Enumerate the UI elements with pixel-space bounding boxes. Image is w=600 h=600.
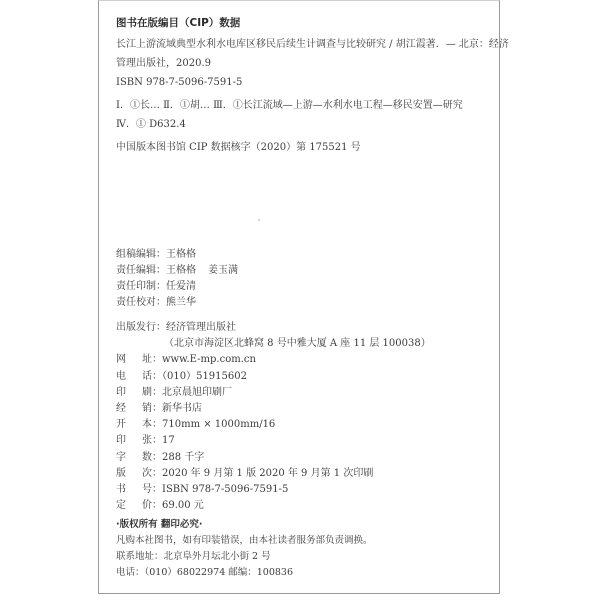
info-value: 价：69.00 元 — [142, 498, 204, 514]
editor-row: 组稿编辑：王格格 — [116, 247, 238, 263]
info-value: 刷：北京晨旭印刷厂 — [142, 385, 232, 401]
info-label-char: 电 — [116, 369, 142, 385]
info-value: 数：288 千字 — [142, 450, 204, 466]
info-label-char: 书 — [116, 482, 142, 498]
info-label-char: 开 — [116, 417, 142, 433]
publisher-name: 经济管理出版社 — [166, 322, 236, 333]
info-row-phone: 电话：（010）51915602 — [116, 369, 431, 385]
info-value: 张：17 — [142, 433, 175, 449]
info-row-printer: 印刷：北京晨旭印刷厂 — [116, 385, 431, 401]
cip-entry-line-1: 长江上游流域典型水利水电库区移民后续生计调查与比较研究 / 胡江霞著．— 北京：… — [116, 38, 509, 52]
info-label-char: 定 — [116, 498, 142, 514]
info-label-char: 印 — [116, 433, 142, 449]
info-label-char: 网 — [116, 352, 142, 368]
info-value: 话：（010）51915602 — [142, 369, 247, 385]
info-row-website: 网址：www.E-mp.com.cn — [116, 352, 431, 368]
cip-entry-line-2: 管理出版社，2020.9 — [116, 57, 211, 71]
info-row-isbn: 书号：ISBN 978-7-5096-7591-5 — [116, 482, 431, 498]
info-label-char: 字 — [116, 450, 142, 466]
print-speck — [258, 219, 260, 221]
info-value: 本：710mm × 1000mm/16 — [142, 417, 275, 433]
editor-name: 王格格 — [166, 247, 196, 263]
info-label-char: 经 — [116, 401, 142, 417]
info-row-distributor: 经销：新华书店 — [116, 401, 431, 417]
info-label-char: 印 — [116, 385, 142, 401]
cip-isbn: ISBN 978-7-5096-7591-5 — [116, 76, 242, 90]
info-value: 址：www.E-mp.com.cn — [142, 352, 256, 368]
cip-record-number: 中国版本图书馆 CIP 数据核字（2020）第 175521 号 — [116, 141, 361, 155]
publisher-label: 出版发行： — [116, 322, 166, 333]
info-row-edition: 版次：2020 年 9 月第 1 版 2020 年 9 月第 1 次印刷 — [116, 466, 431, 482]
info-label-char: 版 — [116, 466, 142, 482]
info-value: 号：ISBN 978-7-5096-7591-5 — [142, 482, 288, 498]
editor-label: 组稿编辑： — [116, 247, 166, 263]
info-value: 次：2020 年 9 月第 1 版 2020 年 9 月第 1 次印刷 — [142, 466, 373, 482]
info-row-sheets: 印张：17 — [116, 433, 431, 449]
copyright-notice: ·版权所有 翻印必究· — [116, 517, 373, 533]
editor-row: 责任校对：熊兰华 — [116, 295, 238, 311]
editor-name: 任爱清 — [166, 279, 196, 295]
cip-subjects-line-2: Ⅳ．① D632.4 — [116, 118, 186, 132]
editor-name: 王格格 — [166, 263, 196, 279]
cip-subjects-line-1: Ⅰ．①长… Ⅱ．①胡… Ⅲ．①长江流域—上游—水利水电工程—移民安置—研究 — [116, 99, 463, 113]
info-row-format: 开本：710mm × 1000mm/16 — [116, 417, 431, 433]
contact-address: 联系地址：北京阜外月坛北小街 2 号 — [116, 549, 373, 565]
editor-row: 责任编辑：王格格姜玉满 — [116, 263, 238, 279]
exchange-notice: 凡购本社图书，如有印装错误，由本社读者服务部负责调换。 — [116, 533, 373, 549]
editor-name: 熊兰华 — [166, 295, 196, 311]
copyright-page: 图书在版编目（CIP）数据 长江上游流域典型水利水电库区移民后续生计调查与比较研… — [98, 0, 500, 594]
editor-row: 责任印制：任爱清 — [116, 279, 238, 295]
editor-name-2: 姜玉满 — [208, 263, 238, 279]
editor-label: 责任编辑： — [116, 263, 166, 279]
editors-block: 组稿编辑：王格格 责任编辑：王格格姜玉满 责任印制：任爱清 责任校对：熊兰华 — [116, 247, 238, 311]
publication-info-block: 出版发行：经济管理出版社 （北京市海淀区北蜂窝 8 号中雅大厦 A 座 11 层… — [116, 320, 431, 514]
editor-label: 责任印制： — [116, 279, 166, 295]
rights-block: ·版权所有 翻印必究· 凡购本社图书，如有印装错误，由本社读者服务部负责调换。 … — [116, 517, 373, 581]
publisher-address: （北京市海淀区北蜂窝 8 号中雅大厦 A 座 11 层 100038） — [116, 336, 431, 352]
publisher-row: 出版发行：经济管理出版社 — [116, 320, 431, 336]
info-row-wordcount: 字数：288 千字 — [116, 450, 431, 466]
info-value: 销：新华书店 — [142, 401, 202, 417]
editor-label: 责任校对： — [116, 295, 166, 311]
info-row-price: 定价：69.00 元 — [116, 498, 431, 514]
contact-phone: 电话：（010）68022974 邮编：100836 — [116, 565, 373, 581]
cip-title: 图书在版编目（CIP）数据 — [116, 15, 240, 30]
